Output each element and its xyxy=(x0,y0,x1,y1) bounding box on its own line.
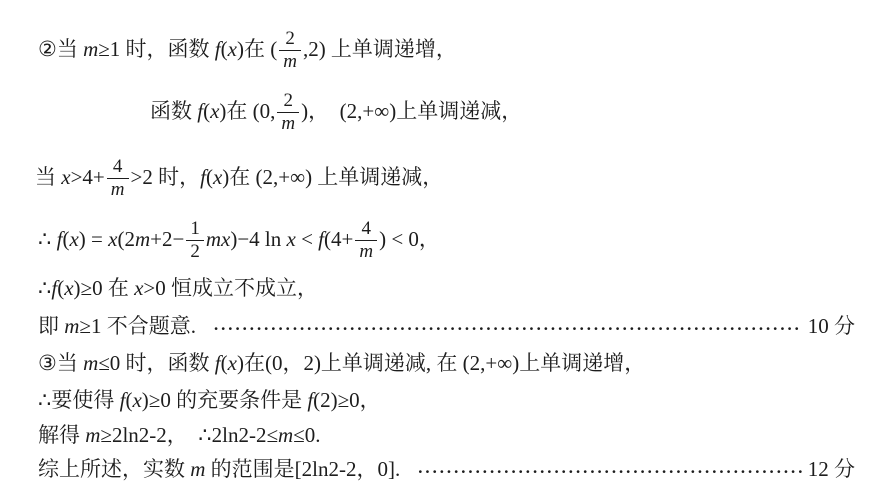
text-run: ②当 xyxy=(38,37,83,62)
fraction-denominator: m xyxy=(107,178,129,200)
math-variable: x xyxy=(64,276,73,301)
fraction-numerator: 2 xyxy=(280,91,298,112)
text-run: 的范围是[2ln2-2，0]. xyxy=(205,457,405,482)
fraction: 2m xyxy=(277,91,299,134)
line-case2-increase: ②当 m≥1 时，函数 f(x)在 (2m,2) 上单调递增， xyxy=(38,22,457,78)
text-run: )在(0，2)上单调递减, 在 (2,+∞)上单调递增， xyxy=(237,351,645,376)
text-run: ≥1 时，函数 xyxy=(98,37,215,62)
score-12-label: 12 分 xyxy=(808,457,855,482)
text-run: >2 时， xyxy=(131,165,201,190)
text-run: ∴要使得 xyxy=(38,388,120,413)
line-case3-solve: 解得 m≥2ln2-2， ∴2ln2-2≤m≤0. xyxy=(38,421,320,451)
math-variable: x xyxy=(61,165,70,190)
text-run: 当 xyxy=(35,165,61,190)
text-run: ∴ xyxy=(38,227,57,252)
math-variable: m xyxy=(83,351,98,376)
fraction: 12 xyxy=(186,219,204,262)
math-variable: x xyxy=(69,227,78,252)
text-run: < xyxy=(296,227,318,252)
text-run: )在 ( xyxy=(237,37,277,62)
math-variable: mx xyxy=(206,227,231,252)
text-run: ( xyxy=(221,351,228,376)
text-run: >0 恒成立不成立， xyxy=(143,276,318,301)
fraction-denominator: 2 xyxy=(186,240,204,262)
text-run: ③当 xyxy=(38,351,83,376)
math-variable: x xyxy=(134,276,143,301)
document-page: ②当 m≥1 时，函数 f(x)在 (2m,2) 上单调递增，函数 f(x)在 … xyxy=(0,0,871,492)
math-variable: m xyxy=(85,423,100,448)
text-run: 函数 xyxy=(150,99,197,124)
line-case2-x-condition: 当 x>4+4m>2 时，f(x)在 (2,+∞) 上单调递减， xyxy=(35,150,443,206)
text-run: (2 xyxy=(117,227,135,252)
fraction: 4m xyxy=(107,157,129,200)
line-case2-inequality: ∴ f(x) = x(2m+2−12mx)−4 ln x < f(4+4m) <… xyxy=(38,212,440,268)
text-run: ( xyxy=(221,37,228,62)
text-run: ≤0 时，函数 xyxy=(98,351,215,376)
line-case2-not-hold: ∴f(x)≥0 在 x>0 恒成立不成立， xyxy=(38,274,318,304)
text-run: >4+ xyxy=(71,165,105,190)
text-run: )在 (0, xyxy=(219,99,275,124)
text-run: )≥0 在 xyxy=(74,276,135,301)
math-variable: x xyxy=(132,388,141,413)
fraction: 2m xyxy=(279,29,301,72)
text-run: +2− xyxy=(150,227,184,252)
math-variable: x xyxy=(213,165,222,190)
fraction-numerator: 2 xyxy=(281,29,299,50)
text-run: ,2) 上单调递增， xyxy=(303,37,457,62)
math-variable: x xyxy=(228,351,237,376)
math-variable: m xyxy=(64,314,79,339)
math-variable: x xyxy=(210,99,219,124)
line-case2-conclusion-score10: 即 m≥1 不合题意. ····························… xyxy=(38,312,855,342)
fraction-numerator: 4 xyxy=(109,157,127,178)
math-variable: m xyxy=(190,457,205,482)
fraction-numerator: 1 xyxy=(186,219,204,240)
fraction-denominator: m xyxy=(279,50,301,72)
text-run: ) < 0， xyxy=(379,227,440,252)
text-run: ∴ xyxy=(38,276,51,301)
text-run: 综上所述，实数 xyxy=(38,457,190,482)
dot-leader: ········································… xyxy=(213,320,802,337)
text-run: ≤0. xyxy=(293,423,320,448)
fraction: 4m xyxy=(355,219,377,262)
text-run: 即 xyxy=(38,314,64,339)
fraction-denominator: m xyxy=(355,240,377,262)
fraction-denominator: m xyxy=(277,112,299,134)
dot-leader: ········································… xyxy=(418,463,802,480)
text-run: ≥2ln2-2， ∴2ln2-2≤ xyxy=(100,423,278,448)
score-10-label: 10 分 xyxy=(808,314,855,339)
line-final-conclusion-score12: 综上所述，实数 m 的范围是[2ln2-2，0]. ··············… xyxy=(38,455,855,485)
math-variable: m xyxy=(83,37,98,62)
math-variable: x xyxy=(108,227,117,252)
line-case3-sufficient-condition: ∴要使得 f(x)≥0 的充要条件是 f(2)≥0， xyxy=(38,386,381,416)
text-run: ≥1 不合题意. xyxy=(79,314,201,339)
text-run: ) = xyxy=(79,227,108,252)
text-run: 解得 xyxy=(38,423,85,448)
fraction-numerator: 4 xyxy=(357,219,375,240)
math-variable: m xyxy=(278,423,293,448)
math-variable: x xyxy=(287,227,296,252)
line-case3-monotonicity: ③当 m≤0 时，函数 f(x)在(0，2)上单调递减, 在 (2,+∞)上单调… xyxy=(38,349,645,379)
math-variable: m xyxy=(135,227,150,252)
text-run: (2)≥0， xyxy=(313,388,381,413)
text-run: (4+ xyxy=(324,227,353,252)
line-case2-decrease: 函数 f(x)在 (0,2m)， (2,+∞)上单调递减， xyxy=(150,84,522,140)
text-run: )， (2,+∞)上单调递减， xyxy=(301,99,522,124)
text-run: )在 (2,+∞) 上单调递减， xyxy=(222,165,443,190)
text-run: ( xyxy=(206,165,213,190)
text-run: )≥0 的充要条件是 xyxy=(142,388,308,413)
math-variable: x xyxy=(228,37,237,62)
text-run: )−4 ln xyxy=(230,227,286,252)
